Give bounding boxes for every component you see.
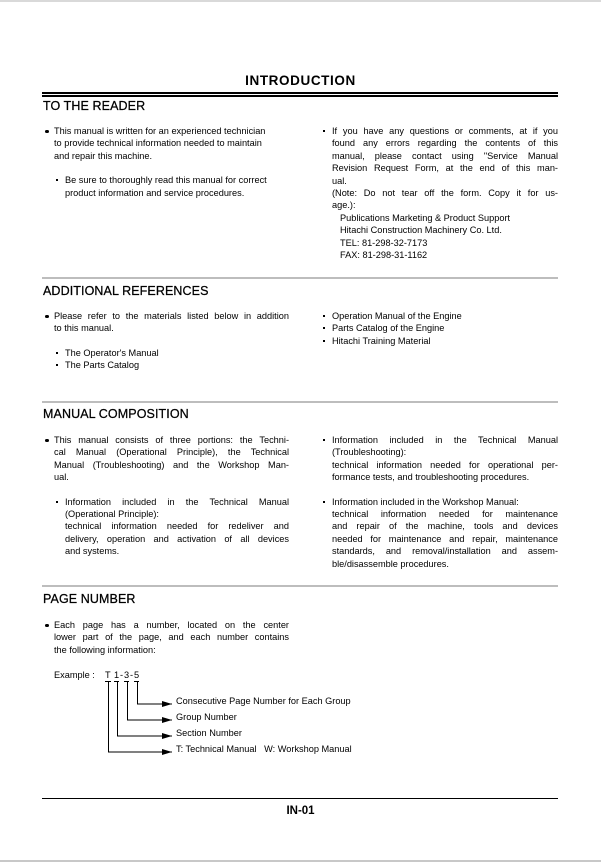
example-code-dash-1: - (120, 669, 123, 681)
legend-section-number: Section Number (176, 727, 242, 739)
additional-references-left-column: Please refer to the materials listed bel… (44, 310, 289, 372)
bullet-square-icon (323, 315, 325, 317)
to-the-reader-left-column: This manual is written for an experience… (44, 125, 289, 199)
section-divider (42, 585, 558, 587)
bullet-square-icon (323, 439, 325, 441)
to-the-reader-right-column: If you have any questions or comments, a… (322, 125, 558, 261)
manual-composition-right-column: Information included in the Technical Ma… (322, 434, 558, 570)
bullet-square-icon (323, 501, 325, 503)
example-code-page: 5 (134, 669, 139, 682)
reference-item-engine-operation-manual: Operation Manual of the Engine (322, 310, 558, 322)
manual-composition-main-item: This manual consists of three portions: … (44, 434, 289, 484)
legend-group-number: Group Number (176, 711, 237, 723)
bullet-square-icon (56, 352, 58, 354)
contact-company: Hitachi Construction Machinery Co. Ltd. (340, 224, 558, 236)
title-double-rule (42, 92, 558, 97)
contact-fax: FAX: 81-298-31-1162 (340, 249, 558, 261)
bullet-square-icon (323, 327, 325, 329)
example-code-section: 1 (114, 669, 119, 682)
additional-references-main-item: Please refer to the materials listed bel… (44, 310, 289, 335)
manual-composition-left-column: This manual consists of three portions: … (44, 434, 289, 558)
legend-manual-type: T: Technical Manual W: Workshop Manual (176, 743, 352, 755)
bullet-square-icon (323, 340, 325, 342)
operational-principle-info-item: Information included in the Technical Ma… (44, 496, 289, 558)
section-heading-page-number: PAGE NUMBER (43, 592, 136, 606)
contact-department: Publications Marketing & Product Support (340, 212, 558, 224)
to-the-reader-main-item: This manual is written for an experience… (44, 125, 289, 162)
contact-block: Publications Marketing & Product Support… (332, 212, 558, 262)
bullet-square-icon (56, 179, 58, 181)
page-edge-top (0, 0, 601, 2)
workshop-manual-info-item: Information included in the Workshop Man… (322, 496, 558, 570)
section-heading-to-the-reader: TO THE READER (43, 99, 145, 113)
footer-rule (42, 798, 558, 799)
additional-references-right-column: Operation Manual of the Engine Parts Cat… (322, 310, 558, 347)
page-number-description: Each page has a number, located on the c… (44, 619, 289, 656)
section-divider (42, 277, 558, 279)
contact-info-item: If you have any questions or comments, a… (322, 125, 558, 261)
reference-item-operators-manual: The Operator's Manual (44, 347, 289, 359)
bullet-square-icon (323, 130, 325, 132)
troubleshooting-info-item: Information included in the Technical Ma… (322, 434, 558, 484)
reference-item-parts-catalog: The Parts Catalog (44, 359, 289, 371)
bullet-dot-icon (45, 130, 49, 134)
bullet-square-icon (56, 364, 58, 366)
bullet-dot-icon (45, 439, 49, 443)
example-label: Example : (54, 669, 95, 681)
bullet-dot-icon (45, 624, 49, 628)
legend-consecutive-page-number: Consecutive Page Number for Each Group (176, 695, 351, 707)
example-code-letter: T (105, 669, 111, 682)
page-title: INTRODUCTION (0, 73, 601, 88)
section-heading-additional-references: ADDITIONAL REFERENCES (43, 284, 209, 298)
reference-item-training-material: Hitachi Training Material (322, 335, 558, 347)
page-number: IN-01 (0, 805, 601, 817)
section-heading-manual-composition: MANUAL COMPOSITION (43, 407, 189, 421)
example-code-dash-2: - (130, 669, 133, 681)
to-the-reader-sub-item: Be sure to thoroughly read this manual f… (44, 174, 289, 199)
page-number-main-item: Each page has a number, located on the c… (44, 619, 289, 656)
section-divider (42, 401, 558, 403)
bullet-square-icon (56, 501, 58, 503)
reference-item-engine-parts-catalog: Parts Catalog of the Engine (322, 322, 558, 334)
example-code-group: 3 (124, 669, 129, 682)
contact-tel: TEL: 81-298-32-7173 (340, 237, 558, 249)
bullet-dot-icon (45, 315, 49, 319)
